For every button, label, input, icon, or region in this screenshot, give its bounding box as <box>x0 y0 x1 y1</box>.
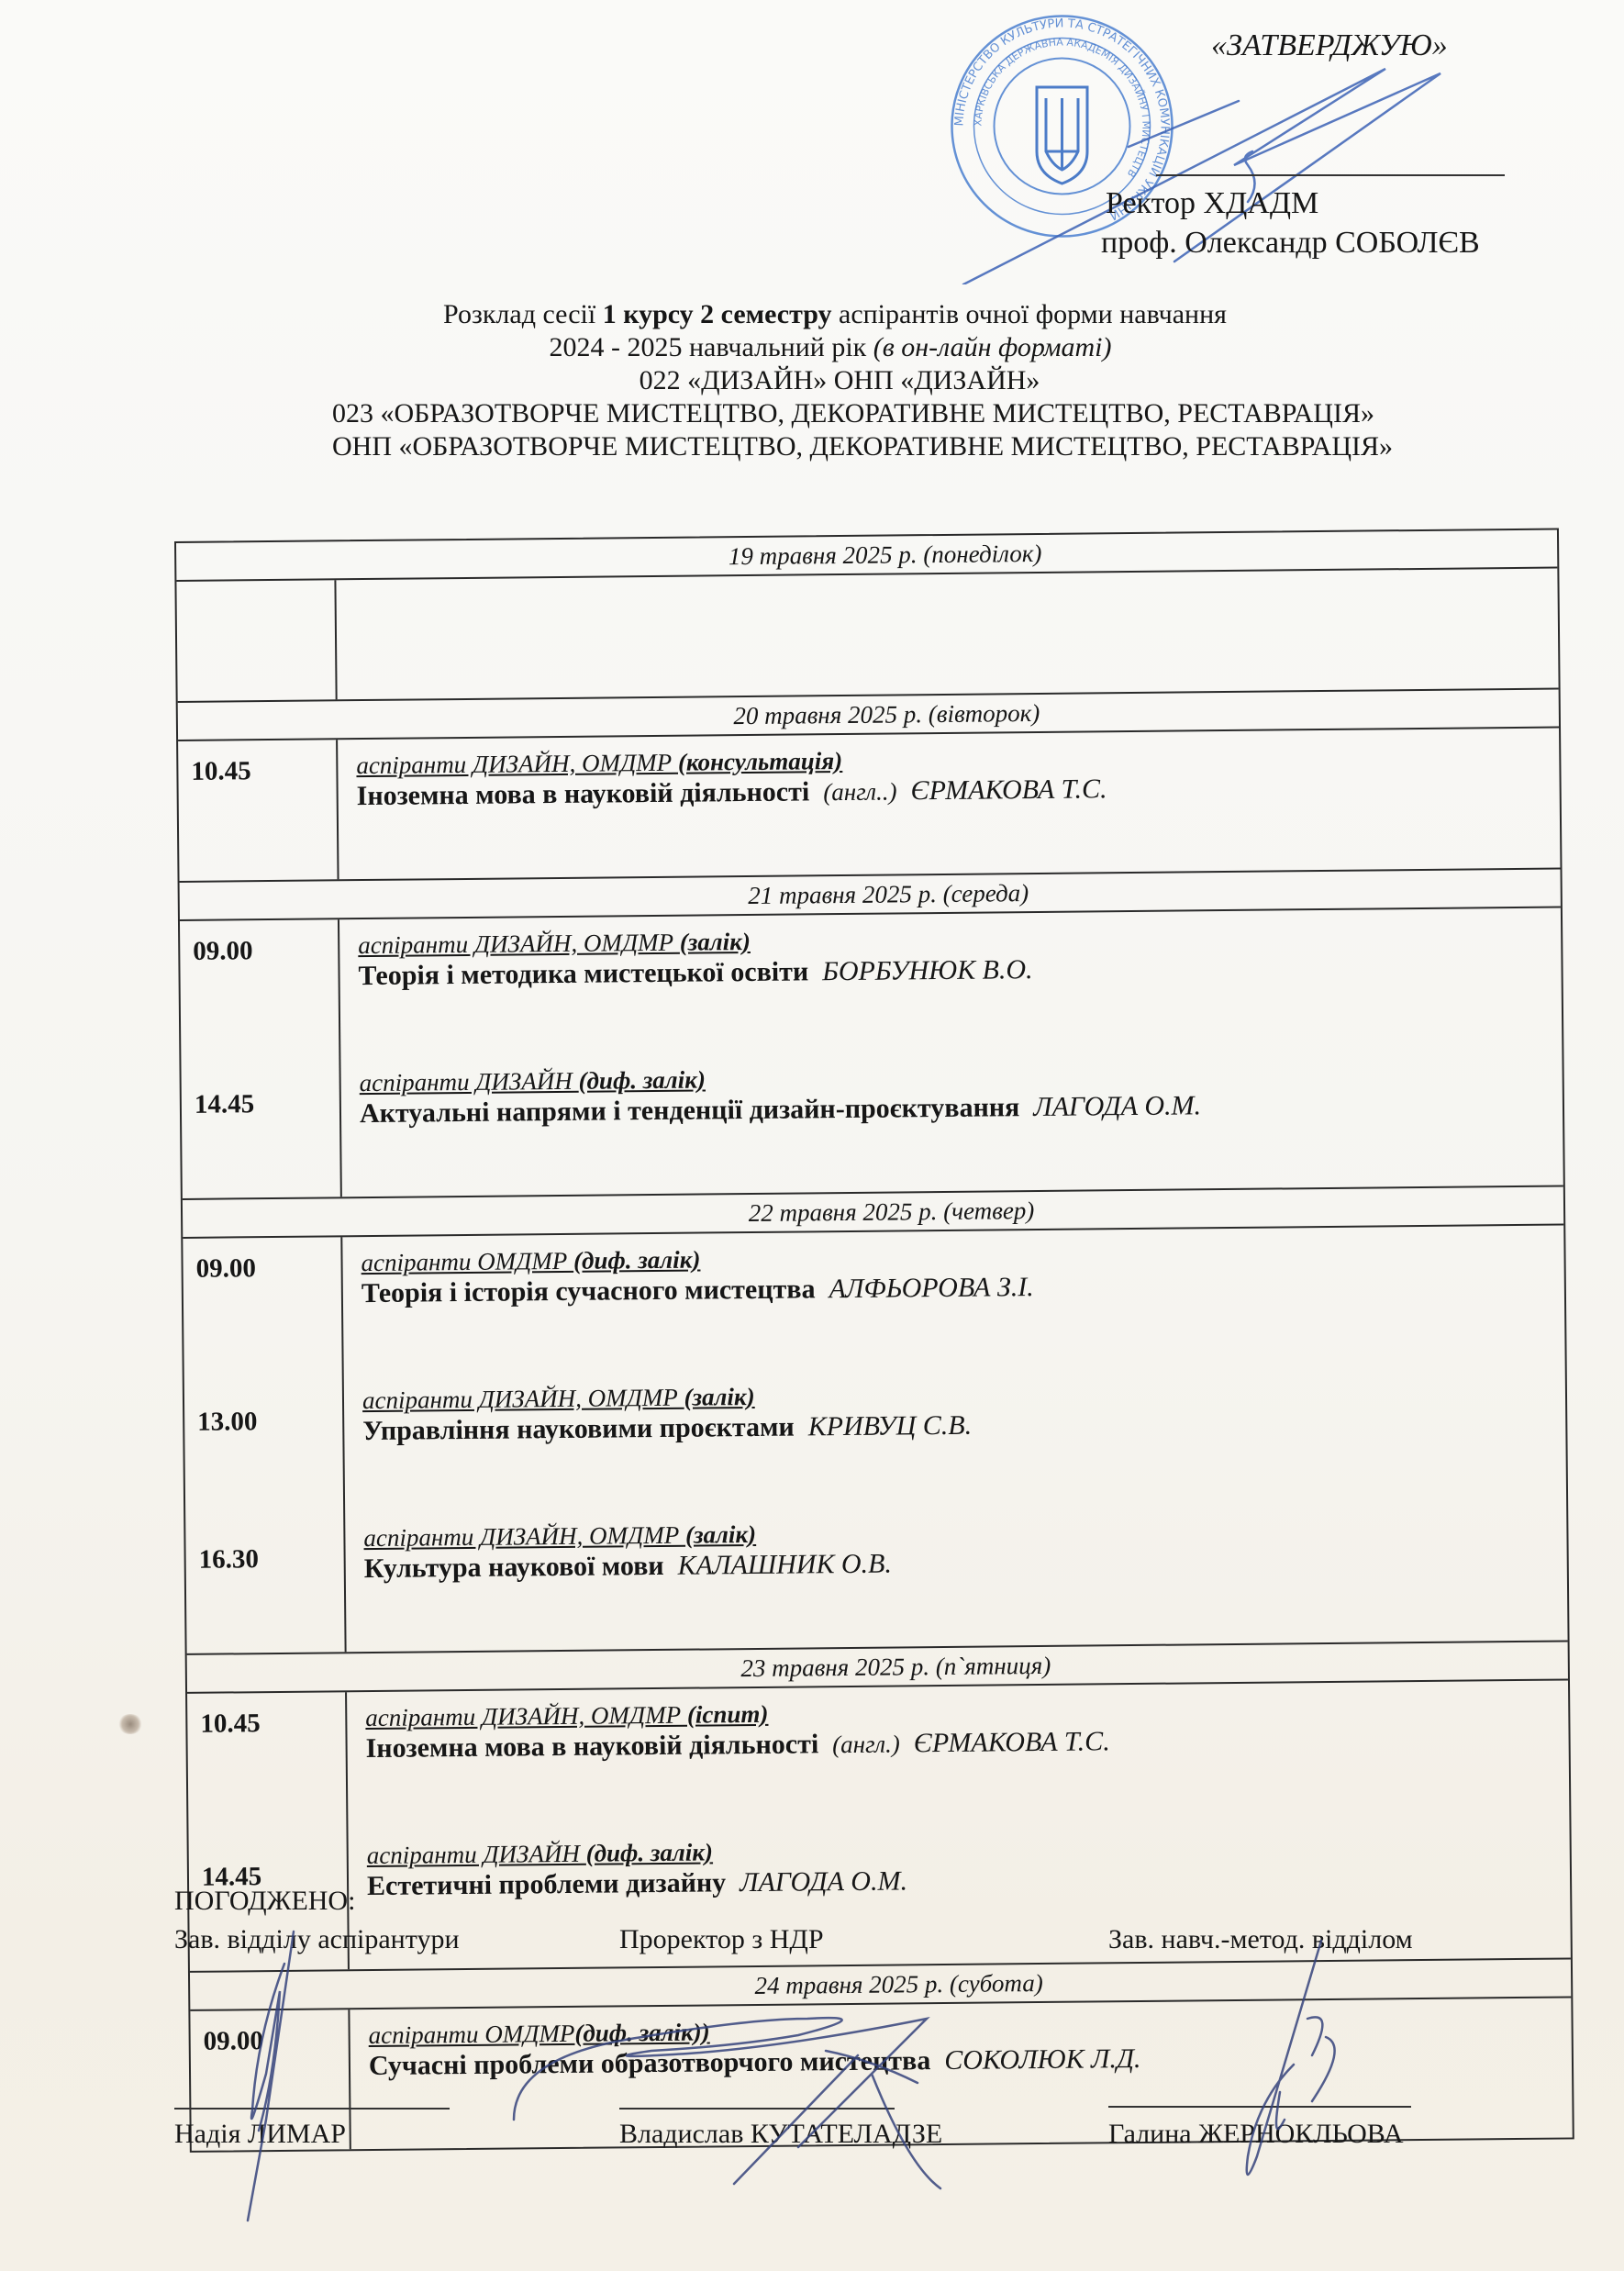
signer-methodical-head: Зав. навч.-метод. відділом Галина ЖЕРНОК… <box>1108 1924 1413 1955</box>
title-line-5: ОНП «ОБРАЗОТВОРЧЕ МИСТЕЦТВО, ДЕКОРАТИВНЕ… <box>0 430 1624 463</box>
schedule-event: аспіранти ДИЗАЙН (диф. залік)Актуальні н… <box>360 1060 1202 1130</box>
title-line-3: 022 «ДИЗАЙН» ОНП «ДИЗАЙН» <box>0 364 1624 397</box>
schedule-event: аспіранти ДИЗАЙН, ОМДМР (іспит)Іноземна … <box>365 1696 1110 1765</box>
student-group: аспіранти ОМДМР <box>361 1247 573 1276</box>
event-time: 09.00 <box>195 1253 256 1285</box>
day-date: 19 травня 2025 р. (понеділок) <box>729 540 1042 570</box>
document-title-block: Розклад сесії 1 курсу 2 семестру аспіран… <box>0 298 1624 463</box>
control-type: (диф. залік)) <box>574 2018 710 2046</box>
control-type: (залік) <box>685 1520 756 1549</box>
student-group: аспіранти ДИЗАЙН, ОМДМР <box>365 1701 687 1731</box>
event-subject-line: Культура наукової мови КАЛАШНИК О.В. <box>364 1548 893 1586</box>
teacher-name: СОКОЛЮК Л.Д. <box>944 2043 1141 2076</box>
format-note: (в он-лайн форматі) <box>873 332 1112 362</box>
day-date: 24 травня 2025 р. (субота) <box>754 1969 1043 1999</box>
teacher-name: ЛАГОДА О.М. <box>740 1865 907 1898</box>
content-column: аспіранти ОМДМР (диф. залік)Теорія і іст… <box>342 1225 1567 1652</box>
schedule-event: аспіранти ДИЗАЙН (диф. залік)Естетичні п… <box>367 1835 908 1903</box>
teacher-name: БОРБУНЮК В.О. <box>822 954 1033 986</box>
teacher-name: КРИВУЦ С.В. <box>808 1410 973 1442</box>
signer-postgraduate-head: Зав. відділу аспірантури Надія ЛИМАР <box>174 1924 460 1955</box>
day-date: 23 травня 2025 р. (п`ятниця) <box>740 1652 1051 1682</box>
student-group: аспіранти ДИЗАЙН, ОМДМР <box>356 749 678 779</box>
event-time: 09.00 <box>193 936 253 967</box>
time-column: 10.45 <box>178 740 339 881</box>
title-text: Розклад сесії <box>443 299 603 329</box>
student-group: аспіранти ОМДМР <box>368 2020 574 2049</box>
subject-name: Актуальні напрями і тенденції дизайн-про… <box>360 1092 1020 1129</box>
day-events: 09.0014.45аспіранти ДИЗАЙН, ОМДМР (залік… <box>180 908 1563 1200</box>
signature-line <box>1108 2106 1411 2108</box>
content-column <box>336 569 1558 700</box>
time-column: 09.0014.45 <box>180 919 342 1198</box>
event-subject-line: Управління науковими проєктами КРИВУЦ С.… <box>362 1409 972 1448</box>
schedule-event: аспіранти ДИЗАЙН, ОМДМР (залік)Управлінн… <box>362 1380 972 1448</box>
title-text: аспірантів очної форми навчання <box>832 299 1227 329</box>
teacher-name: ЛАГОДА О.М. <box>1033 1090 1201 1122</box>
signature-line <box>619 2108 895 2110</box>
control-type: (диф. залік) <box>578 1065 706 1094</box>
title-line-4: 023 «ОБРАЗОТВОРЧЕ МИСТЕЦТВО, ДЕКОРАТИВНЕ… <box>0 397 1624 430</box>
signature-line <box>174 2108 450 2110</box>
schedule-event: аспіранти ОМДМР (диф. залік)Теорія і іст… <box>361 1241 1033 1310</box>
day-events: 10.45аспіранти ДИЗАЙН, ОМДМР (консультац… <box>178 729 1560 883</box>
event-time: 09.00 <box>204 2026 264 2057</box>
control-type: (диф. залік) <box>573 1246 701 1275</box>
signer-name: Владислав КУТАТЕЛАДЗЕ <box>619 2119 942 2150</box>
event-time: 14.45 <box>195 1089 255 1120</box>
event-subject-line: Теорія і методика мистецької освіти БОРБ… <box>358 953 1032 993</box>
control-type: (консультація) <box>678 747 843 776</box>
subject-name: Управління науковими проєктами <box>362 1412 795 1447</box>
event-time: 13.00 <box>197 1407 258 1438</box>
control-type: (залік) <box>684 1383 754 1411</box>
subject-name: Культура наукової мови <box>364 1551 664 1584</box>
day-date: 21 травня 2025 р. (середа) <box>748 879 1029 909</box>
event-time: 16.30 <box>199 1544 260 1575</box>
schedule-table: 19 травня 2025 р. (понеділок)20 травня 2… <box>174 529 1574 2153</box>
subject-name: Іноземна мова в науковій діяльності <box>365 1729 818 1764</box>
rector-position: Ректор ХДАДМ <box>1106 185 1318 223</box>
language-note: (англ.) <box>832 1730 900 1758</box>
subject-name: Теорія і методика мистецької освіти <box>358 956 808 991</box>
student-group: аспіранти ДИЗАЙН, ОМДМР <box>362 1384 684 1414</box>
teacher-name: АЛФЬОРОВА З.І. <box>829 1272 1034 1304</box>
event-subject-line: Іноземна мова в науковій діяльності (анг… <box>357 773 1107 813</box>
time-column <box>176 580 337 701</box>
teacher-name: ЄРМАКОВА Т.С. <box>910 774 1107 806</box>
content-column: аспіранти ДИЗАЙН, ОМДМР (залік)Теорія і … <box>339 908 1563 1197</box>
teacher-name: КАЛАШНИК О.В. <box>677 1549 892 1581</box>
event-subject-line: Естетичні проблеми дизайну ЛАГОДА О.М. <box>367 1865 907 1903</box>
svg-text:ХАРКІВСЬКА ДЕРЖАВНА АКАДЕМІЯ Д: ХАРКІВСЬКА ДЕРЖАВНА АКАДЕМІЯ ДИЗАЙНУ І М… <box>972 36 1151 179</box>
signer-role: Зав. відділу аспірантури <box>174 1924 460 1955</box>
schedule-event: аспіранти ДИЗАЙН, ОМДМР (залік)Теорія і … <box>358 924 1033 993</box>
rector-signature-line <box>1156 174 1505 176</box>
title-course: 1 курсу 2 семестру <box>603 299 832 329</box>
paper-smudge <box>117 1714 143 1734</box>
event-subject-line: Теорія і історія сучасного мистецтва АЛФ… <box>362 1271 1034 1310</box>
event-time: 10.45 <box>191 756 251 787</box>
signer-role: Проректор з НДР <box>619 1924 824 1955</box>
document-page: МІНІСТЕРСТВО КУЛЬТУРИ ТА СТРАТЕГІЧНИХ КО… <box>0 0 1624 2271</box>
day-date: 22 травня 2025 р. (четвер) <box>749 1197 1035 1227</box>
event-subject-line: Сучасні проблеми образотворчого мистецтв… <box>369 2043 1141 2083</box>
signer-name: Галина ЖЕРНОКЛЬОВА <box>1108 2119 1404 2150</box>
subject-name: Іноземна мова в науковій діяльності <box>357 776 810 811</box>
control-type: (диф. залік) <box>586 1838 714 1866</box>
student-group: аспіранти ДИЗАЙН, ОМДМР <box>358 929 680 959</box>
schedule-event: аспіранти ДИЗАЙН, ОМДМР (залік)Культура … <box>363 1519 892 1586</box>
day-date: 20 травня 2025 р. (вівторок) <box>733 699 1040 729</box>
approval-title: «ЗАТВЕРДЖУЮ» <box>1211 28 1448 65</box>
academic-year: 2024 - 2025 навчальний рік <box>549 332 873 362</box>
signer-vice-rector: Проректор з НДР Владислав КУТАТЕЛАДЗЕ <box>619 1924 824 1955</box>
day-events <box>176 569 1558 703</box>
student-group: аспіранти ДИЗАЙН <box>367 1840 586 1869</box>
title-line-1: Розклад сесії 1 курсу 2 семестру аспіран… <box>0 298 1624 331</box>
subject-name: Естетичні проблеми дизайну <box>367 1867 726 1901</box>
control-type: (залік) <box>680 928 751 956</box>
event-subject-line: Актуальні напрями і тенденції дизайн-про… <box>360 1089 1201 1130</box>
schedule-event: аспіранти ОМДМР(диф. залік))Сучасні проб… <box>368 2013 1140 2083</box>
student-group: аспіранти ДИЗАЙН <box>360 1067 579 1097</box>
student-group: аспіранти ДИЗАЙН, ОМДМР <box>363 1521 685 1552</box>
time-column: 09.0013.0016.30 <box>183 1237 346 1653</box>
event-subject-line: Іноземна мова в науковій діяльності (анг… <box>365 1725 1109 1765</box>
schedule-event: аспіранти ДИЗАЙН, ОМДМР (консультація)Ін… <box>356 743 1107 813</box>
event-time: 10.45 <box>200 1709 261 1740</box>
agreed-label: ПОГОДЖЕНО: <box>174 1886 355 1917</box>
teacher-name: ЄРМАКОВА Т.С. <box>914 1726 1110 1758</box>
signer-role: Зав. навч.-метод. відділом <box>1108 1924 1413 1955</box>
rector-name: проф. Олександр СОБОЛЄВ <box>1101 225 1480 262</box>
subject-name: Сучасні проблеми образотворчого мистецтв… <box>369 2045 931 2081</box>
subject-name: Теорія і історія сучасного мистецтва <box>362 1274 816 1308</box>
language-note: (англ..) <box>823 777 897 806</box>
content-column: аспіранти ДИЗАЙН, ОМДМР (консультація)Ін… <box>338 729 1560 880</box>
signer-name: Надія ЛИМАР <box>174 2119 346 2150</box>
title-line-2: 2024 - 2025 навчальний рік (в он-лайн фо… <box>0 331 1624 364</box>
control-type: (іспит) <box>687 1700 769 1729</box>
day-events: 09.0013.0016.30аспіранти ОМДМР (диф. зал… <box>183 1225 1567 1654</box>
